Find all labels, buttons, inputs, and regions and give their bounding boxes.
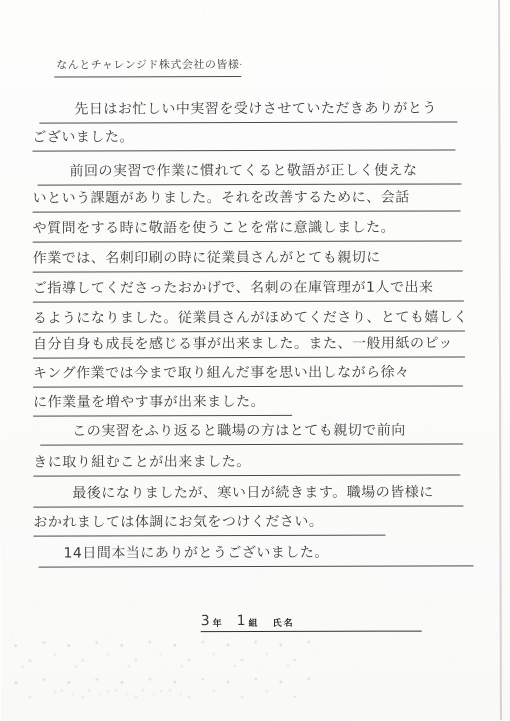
scan-noise-bottom-left xyxy=(9,636,319,699)
handwritten-line: 作業では、名刺印刷の時に従業員さんがとても親切に xyxy=(33,245,463,272)
handwritten-line: に作業量を増やす事が出来ました。 xyxy=(33,390,292,417)
handwritten-line: 最後になりましたが、寒い日が続きます。職場の皆様に xyxy=(33,480,463,507)
grade-value: 3 xyxy=(201,613,210,629)
scan-edge-line xyxy=(498,0,502,720)
handwritten-line: ございました。 xyxy=(32,124,455,151)
handwritten-line: 自分自身も成長を感じる事が出来ました。また、一般用紙のピッ xyxy=(33,331,465,358)
handwritten-line: や質問をする時に敬語を使うことを常に意識しました。 xyxy=(33,215,462,242)
handwritten-line: 14日間本当にありがとうございました。 xyxy=(38,540,473,567)
handwritten-line: おかれましては体調にお気をつけください。 xyxy=(33,510,385,537)
signature-line: 3 年 1 組 氏名 xyxy=(201,606,422,633)
handwritten-line: 先日はお忙しい中実習を受けさせていただきありがとう xyxy=(39,96,457,123)
scan-noise-smudge xyxy=(56,686,186,698)
handwritten-line: キング作業では今まで取り組んだ事を思い出しながら徐々 xyxy=(33,360,463,387)
handwritten-line: きに取り組むことが出来ました。 xyxy=(33,449,460,476)
name-label: 氏名 xyxy=(273,616,295,629)
letter-greeting: なんとチャレンジド株式会社の皆様へ xyxy=(54,55,241,77)
handwritten-line: 前回の実習で作業に慣れてくると敬語が正しく使えな xyxy=(37,158,461,185)
grade-label: 年 xyxy=(213,616,223,629)
handwritten-line: いという課題がありました。それを改善するために、会話 xyxy=(33,185,461,212)
handwritten-line: この実習をふり返ると職場の方はとても親切で前向 xyxy=(40,418,463,445)
class-label: 組 xyxy=(249,616,259,629)
handwritten-line: ご指導してくださったおかげで、名刺の在庫管理が1人で出来 xyxy=(33,275,464,302)
class-value: 1 xyxy=(237,613,246,629)
handwritten-line: るようになりました。従業員さんがほめてくださり、とても嬉しく xyxy=(33,305,465,332)
scanned-letter-page: なんとチャレンジド株式会社の皆様へ 先日はお忙しい中実習を受けさせていただきあり… xyxy=(0,0,510,721)
